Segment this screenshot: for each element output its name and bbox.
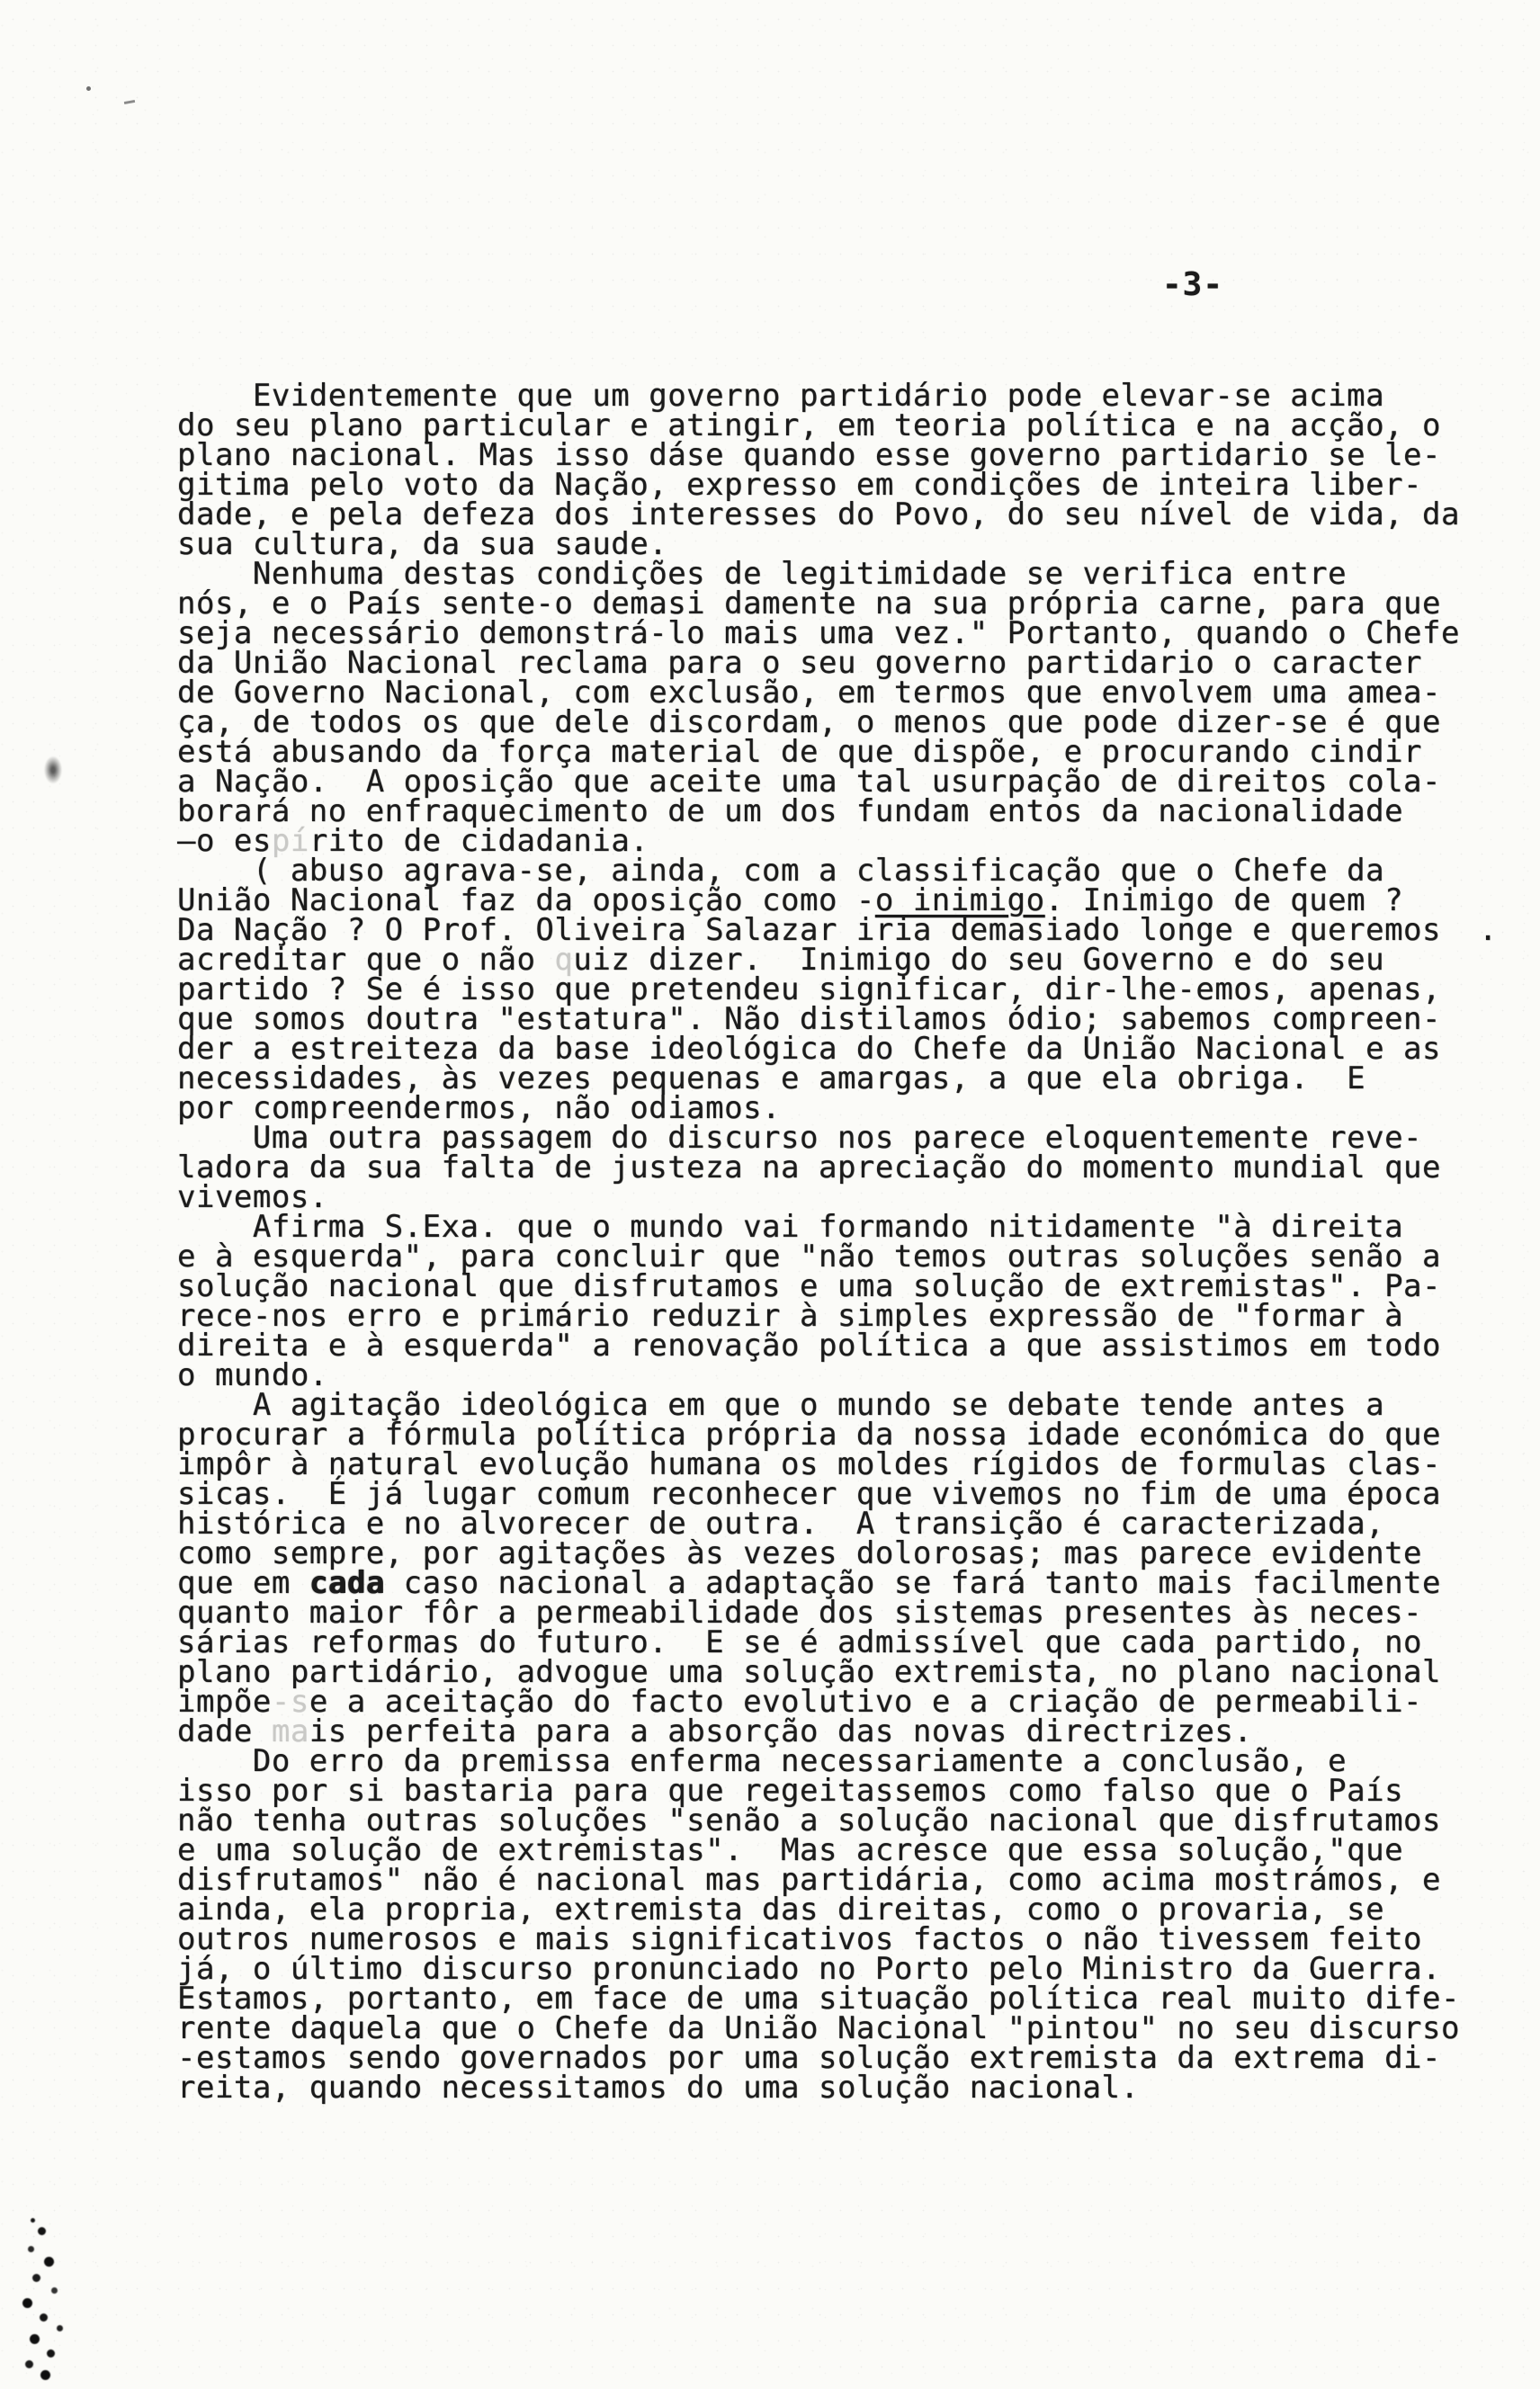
scan-speck (86, 86, 91, 91)
text-line: direita e à esquerda" a renovação políti… (177, 1331, 1509, 1361)
page-number: -3- (1162, 266, 1223, 303)
corner-ink-smudge (31, 2218, 35, 2223)
ink-smudge (41, 752, 65, 788)
document-body: Evidentemente que um governo partidário … (177, 381, 1509, 2103)
scanned-document-page: -3- Evidentemente que um governo partidá… (0, 0, 1540, 2389)
text-line: reita, quando necessitamos do uma soluçã… (177, 2073, 1509, 2103)
scan-speck (124, 100, 135, 104)
text-line: ladora da sua falta de justeza na apreci… (177, 1153, 1509, 1183)
